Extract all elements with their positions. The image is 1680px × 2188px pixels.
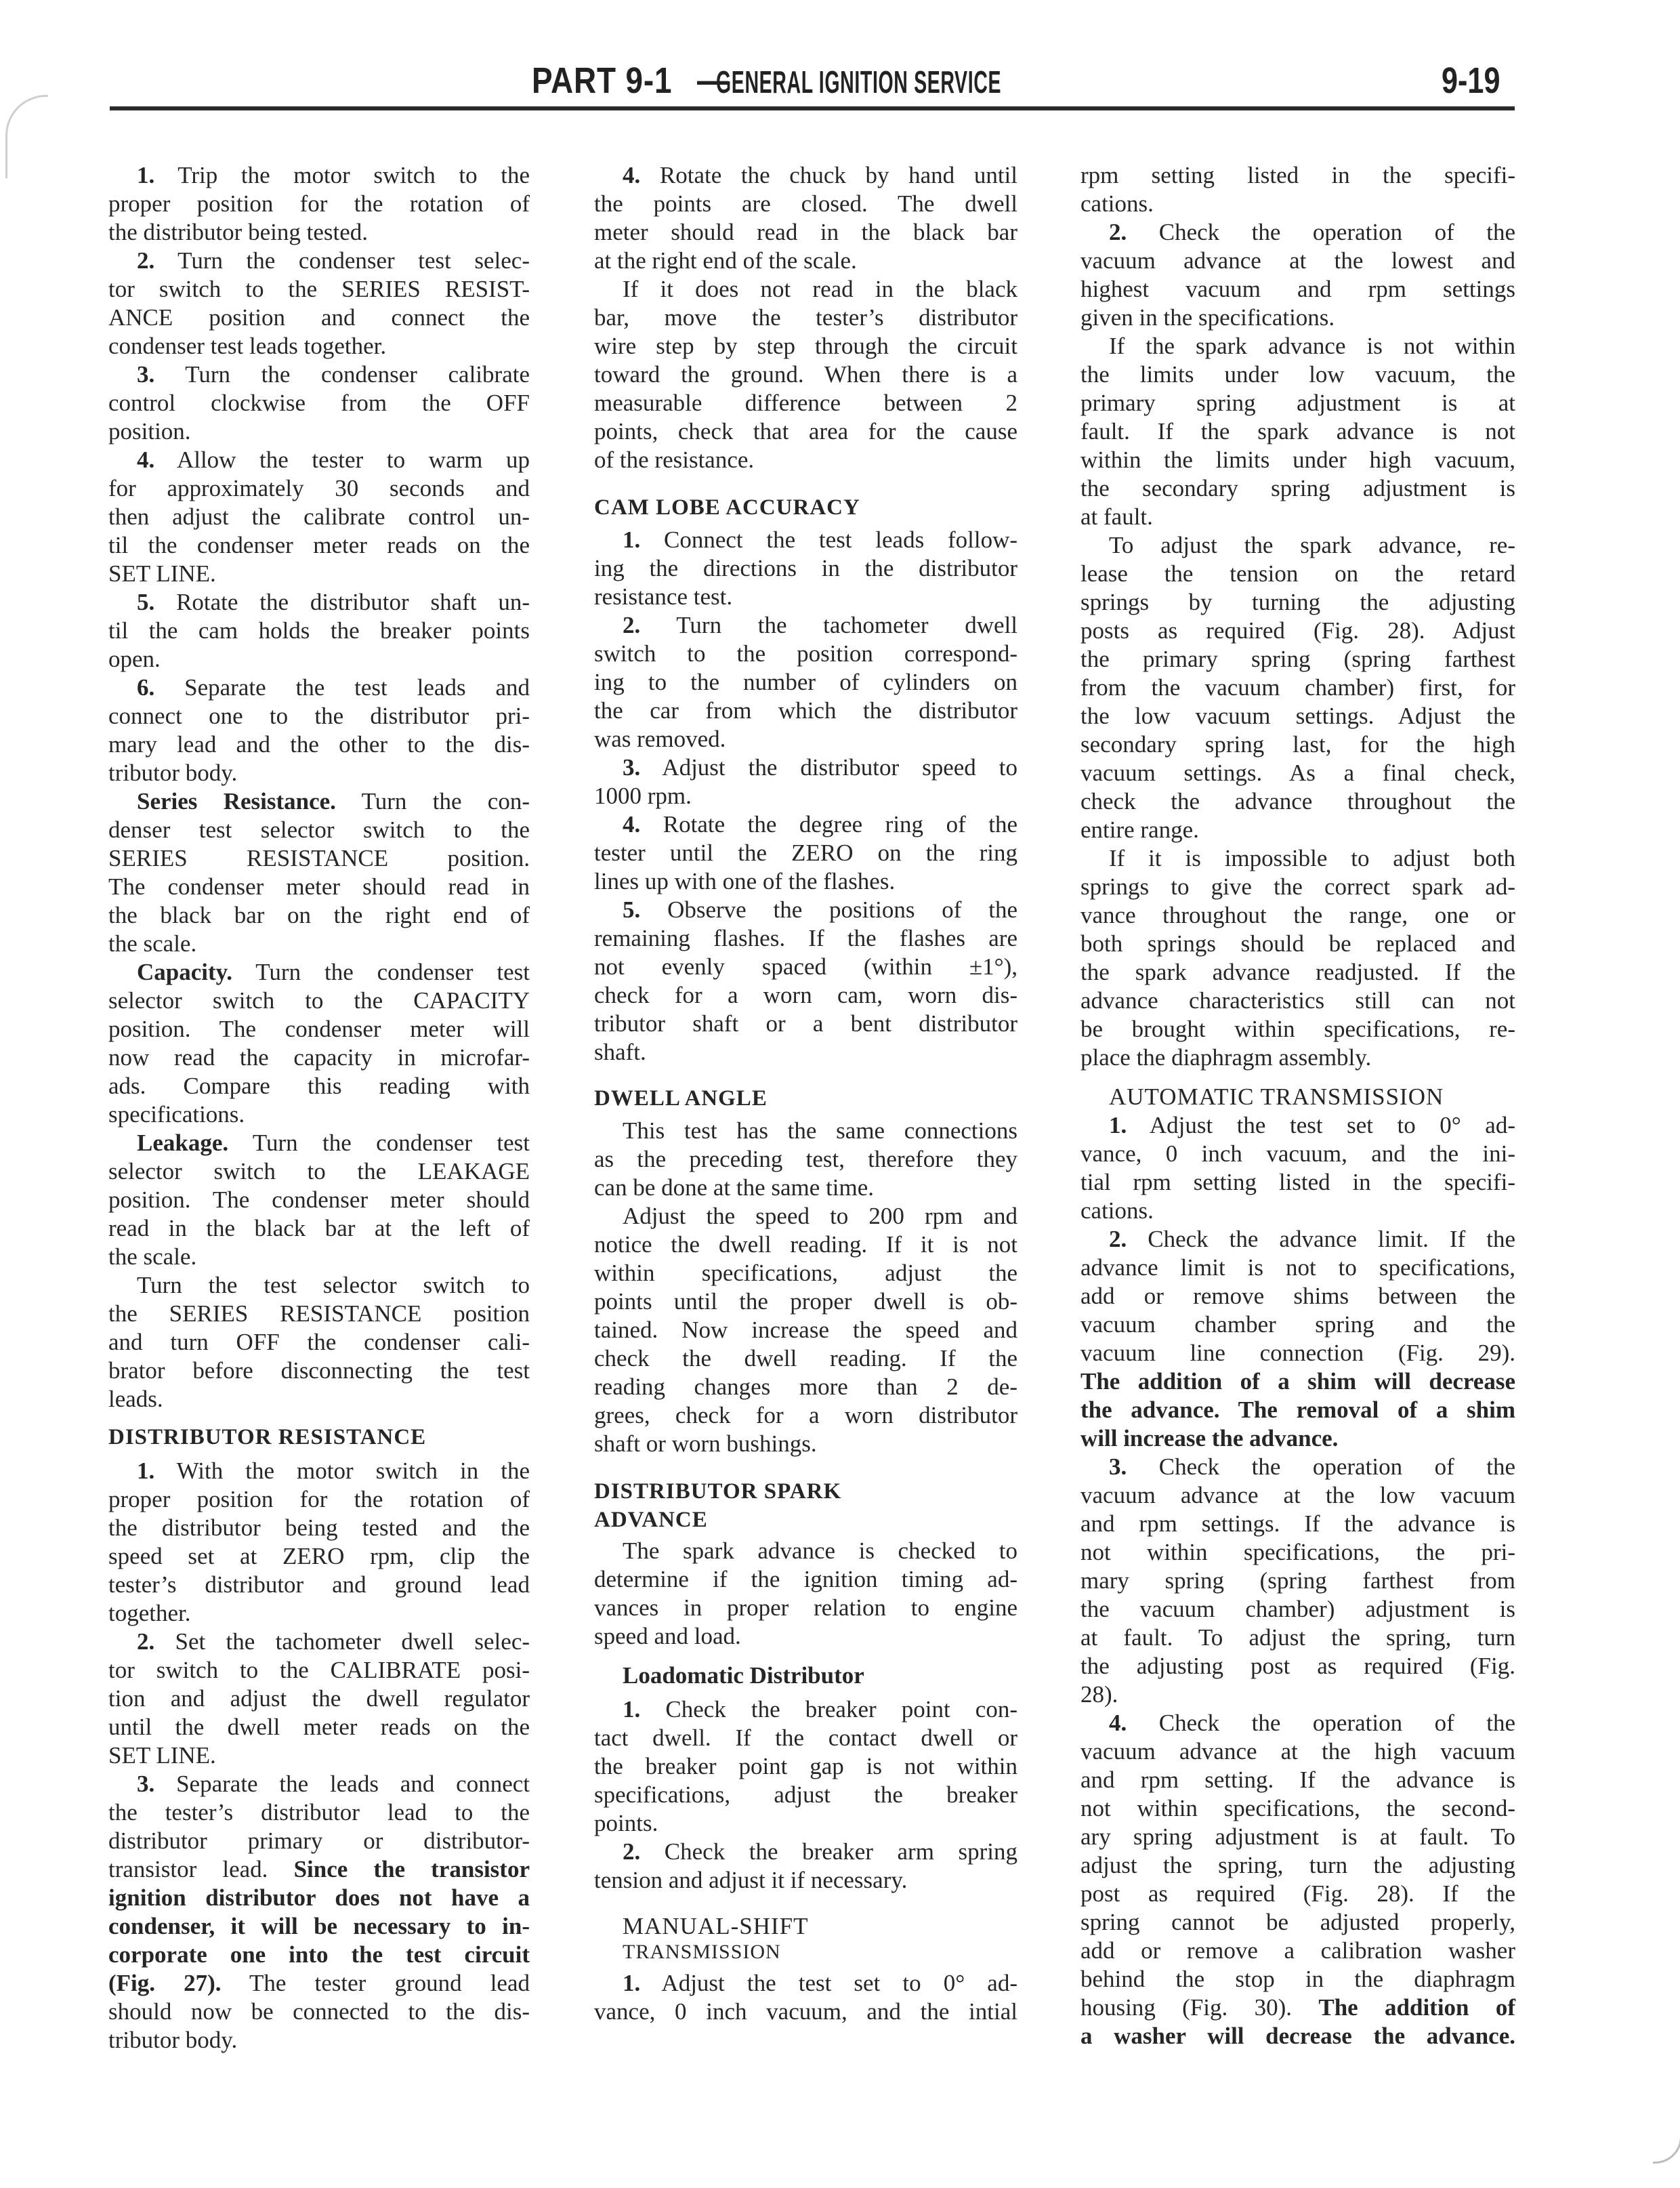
text-line: position.	[108, 417, 530, 446]
line-text: as the preceding test, therefore they	[594, 1146, 1017, 1172]
line-text: Turn the condenser test	[253, 1130, 530, 1156]
text-line: selector switch to the LEAKAGE	[108, 1157, 530, 1186]
line-text: ANCE position and connect the	[108, 304, 530, 331]
subsection-heading-text: Loadomatic Distributor	[623, 1662, 864, 1689]
text-line: within specifications, adjust the	[594, 1259, 1017, 1287]
text-line: the scale.	[108, 1243, 530, 1271]
text-line: tact dwell. If the contact dwell or	[594, 1724, 1017, 1752]
line-text: from the vacuum chamber) first, for	[1080, 674, 1515, 701]
line-text: check the advance throughout the	[1080, 788, 1515, 814]
text-line: lease the tension on the retard	[1080, 560, 1515, 588]
line-text: Adjust the test set to 0° ad-	[661, 1970, 1017, 1996]
text-line: and rpm setting. If the advance is	[1080, 1766, 1515, 1794]
line-text: tion and adjust the dwell regulator	[108, 1685, 530, 1712]
step-number: 5.	[137, 589, 154, 615]
emphasis-text: The addition of a shim will decrease	[1080, 1368, 1515, 1395]
text-line: for approximately 30 seconds and	[108, 474, 530, 503]
step-number: 1.	[137, 162, 154, 188]
text-line: 1. Adjust the test set to 0° ad-	[1080, 1111, 1515, 1140]
text-line: behind the stop in the diaphragm	[1080, 1965, 1515, 1994]
line-text: then adjust the calibrate control un-	[108, 503, 530, 530]
text-line: the advance. The removal of a shim	[1080, 1396, 1515, 1424]
section-heading: CAM LOBE ACCURACY	[594, 493, 1017, 522]
line-text: position.	[108, 418, 191, 445]
text-line: points.	[594, 1809, 1017, 1838]
text-line: not within specifications, the second-	[1080, 1794, 1515, 1823]
text-line: housing (Fig. 30). The addition of	[1080, 1994, 1515, 2022]
text-line: 2. Check the advance limit. If the	[1080, 1225, 1515, 1254]
text-line: tester until the ZERO on the ring	[594, 839, 1017, 867]
text-line: ing to the number of cylinders on	[594, 668, 1017, 697]
line-text: speed and load.	[594, 1623, 741, 1649]
line-text: the limits under low vacuum, the	[1080, 361, 1515, 388]
line-text: advance characteristics still can not	[1080, 987, 1515, 1014]
subsection-heading-text: AUTOMATIC TRANSMISSION	[1109, 1083, 1444, 1110]
line-text: control clockwise from the OFF	[108, 390, 530, 416]
text-line: (Fig. 27). The tester ground lead	[108, 1969, 530, 1998]
text-line: resistance test.	[594, 583, 1017, 611]
text-line: was removed.	[594, 725, 1017, 754]
text-line: a washer will decrease the advance.	[1080, 2022, 1515, 2050]
line-text: If it does not read in the black	[623, 276, 1017, 302]
text-line: remaining flashes. If the flashes are	[594, 924, 1017, 953]
line-text: specifications.	[108, 1101, 245, 1128]
step-number: 3.	[623, 754, 640, 781]
text-line: vacuum advance at the low vacuum	[1080, 1481, 1515, 1510]
part-label: PART 9-1	[532, 60, 672, 102]
line-text: Allow the tester to warm up	[177, 447, 530, 473]
line-text: tester’s distributor and ground lead	[108, 1571, 530, 1598]
subsection-heading: Loadomatic Distributor	[594, 1661, 1046, 1690]
text-line: speed set at ZERO rpm, clip the	[108, 1542, 530, 1571]
text-line: corporate one into the test circuit	[108, 1941, 530, 1969]
line-text: vance throughout the range, one or	[1080, 902, 1515, 928]
line-text: 28).	[1080, 1681, 1118, 1708]
text-line: 2. Set the tachometer dwell selec-	[108, 1628, 530, 1656]
line-text: brator before disconnecting the test	[108, 1357, 530, 1384]
text-line: fault. If the spark advance is not	[1080, 417, 1515, 446]
step-number: 4.	[623, 162, 640, 188]
text-line: 5. Rotate the distributor shaft un-	[108, 588, 530, 617]
text-line: springs to give the correct spark ad-	[1080, 873, 1515, 901]
line-text: of the resistance.	[594, 447, 754, 473]
line-text: tester until the ZERO on the ring	[594, 840, 1017, 866]
line-text: the adjusting post as required (Fig.	[1080, 1653, 1515, 1679]
text-line: 3. Turn the condenser calibrate	[108, 360, 530, 389]
text-line: bar, move the tester’s distributor	[594, 304, 1017, 332]
text-line: from the vacuum chamber) first, for	[1080, 674, 1515, 702]
text-line: the points are closed. The dwell	[594, 190, 1017, 218]
text-line: mary spring (spring farthest from	[1080, 1567, 1515, 1595]
text-line: condenser, it will be necessary to in-	[108, 1912, 530, 1941]
line-text: To adjust the spark advance, re-	[1109, 532, 1515, 558]
text-line: vacuum line connection (Fig. 29).	[1080, 1339, 1515, 1367]
line-text: Observe the positions of the	[667, 896, 1017, 923]
line-text: read in the black bar at the left of	[108, 1215, 530, 1241]
text-line: not evenly spaced (within ±1°),	[594, 953, 1017, 981]
line-text: Set the tachometer dwell selec-	[175, 1628, 530, 1655]
text-line: tributor shaft or a bent distributor	[594, 1010, 1017, 1038]
line-text: With the motor switch in the	[177, 1458, 530, 1484]
line-text: transistor lead.	[108, 1856, 268, 1882]
emphasis-text: a washer will decrease the advance.	[1080, 2023, 1515, 2049]
line-text: position. The condenser meter should	[108, 1186, 530, 1213]
line-text: the SERIES RESISTANCE position	[108, 1300, 530, 1327]
line-text: remaining flashes. If the flashes are	[594, 925, 1017, 951]
text-line: denser test selector switch to the	[108, 816, 530, 844]
text-line: check the dwell reading. If the	[594, 1344, 1017, 1373]
section-heading: DWELL ANGLE	[594, 1084, 1017, 1113]
text-line: 3. Separate the leads and connect	[108, 1770, 530, 1798]
line-text: til the condenser meter reads on the	[108, 532, 530, 558]
text-line: 4. Rotate the chuck by hand until	[594, 161, 1017, 190]
text-line: then adjust the calibrate control un-	[108, 503, 530, 531]
line-text: be brought within specifications, re-	[1080, 1016, 1515, 1042]
text-line: proper position for the rotation of	[108, 1485, 530, 1514]
text-line: 2. Turn the tachometer dwell	[594, 611, 1017, 640]
text-line: the distributor being tested and the	[108, 1514, 530, 1542]
line-text: If it is impossible to adjust both	[1109, 845, 1515, 871]
text-line: Series Resistance. Turn the con-	[108, 787, 530, 816]
text-line: tributor body.	[108, 2026, 530, 2055]
line-text: tained. Now increase the speed and	[594, 1317, 1017, 1343]
text-line: 28).	[1080, 1680, 1515, 1709]
line-text: springs to give the correct spark ad-	[1080, 873, 1515, 900]
line-text: secondary spring last, for the high	[1080, 731, 1515, 758]
text-line: the black bar on the right end of	[108, 901, 530, 930]
step-number: 6.	[137, 674, 154, 701]
line-text: tributor body.	[108, 2027, 237, 2053]
line-text: SET LINE.	[108, 560, 216, 587]
line-text: ing to the number of cylinders on	[594, 669, 1017, 695]
text-line: springs by turning the adjusting	[1080, 588, 1515, 617]
section-heading-text: ADVANCE	[594, 1508, 708, 1532]
line-text: vacuum advance at the low vacuum	[1080, 1482, 1515, 1508]
line-text: tributor shaft or a bent distributor	[594, 1010, 1017, 1037]
step-number: 2.	[623, 612, 640, 638]
text-line: 1. Trip the motor switch to the	[108, 161, 530, 190]
line-text: vance, 0 inch vacuum, and the ini-	[1080, 1140, 1515, 1167]
line-text: given in the specifications.	[1080, 304, 1335, 331]
line-text: not within specifications, the pri-	[1080, 1539, 1515, 1565]
page-number: 9-19	[1442, 60, 1500, 102]
text-line: primary spring adjustment is at	[1080, 389, 1515, 417]
line-text: spring cannot be adjusted properly,	[1080, 1909, 1515, 1935]
step-number: 3.	[1109, 1453, 1127, 1480]
line-text: Turn the con-	[362, 788, 530, 814]
line-text: mary spring (spring farthest from	[1080, 1567, 1515, 1594]
line-text: SET LINE.	[108, 1742, 216, 1769]
line-text: specifications, adjust the breaker	[594, 1781, 1017, 1808]
text-line: until the dwell meter reads on the	[108, 1713, 530, 1741]
text-line: tester’s distributor and ground lead	[108, 1571, 530, 1599]
line-text: vances in proper relation to engine	[594, 1594, 1017, 1621]
text-line: vance, 0 inch vacuum, and the ini-	[1080, 1140, 1515, 1168]
step-number: 2.	[623, 1838, 640, 1865]
text-line: within the limits under high vacuum,	[1080, 446, 1515, 474]
line-text: tributor body.	[108, 760, 237, 786]
line-text: the tester’s distributor lead to the	[108, 1799, 530, 1825]
text-line: mary lead and the other to the dis-	[108, 730, 530, 759]
line-text: grees, check for a worn distributor	[594, 1402, 1017, 1428]
line-text: vacuum advance at the high vacuum	[1080, 1738, 1515, 1764]
text-line: place the diaphragm assembly.	[1080, 1044, 1515, 1072]
line-text: Turn the condenser calibrate	[185, 361, 530, 388]
step-number: 1.	[623, 1696, 640, 1722]
text-line: specifications.	[108, 1100, 530, 1129]
line-text: determine if the ignition timing ad-	[594, 1566, 1017, 1592]
line-text: Connect the test leads follow-	[664, 527, 1017, 553]
text-line: If it is impossible to adjust both	[1080, 844, 1515, 873]
line-text: and rpm setting. If the advance is	[1080, 1767, 1515, 1793]
emphasis-text: The addition of	[1318, 1994, 1515, 2021]
text-line: 4. Check the operation of the	[1080, 1709, 1515, 1737]
line-text: should now be connected to the dis-	[108, 1998, 530, 2025]
text-line: switch to the position correspond-	[594, 640, 1017, 668]
line-text: notice the dwell reading. If it is not	[594, 1231, 1017, 1258]
text-line: control clockwise from the OFF	[108, 389, 530, 417]
line-text: denser test selector switch to the	[108, 817, 530, 843]
text-line: position. The condenser meter should	[108, 1186, 530, 1214]
line-text: leads.	[108, 1386, 163, 1412]
line-text: and turn OFF the condenser cali-	[108, 1329, 530, 1355]
line-text: reading changes more than 2 de-	[594, 1374, 1017, 1400]
text-line: vacuum settings. As a final check,	[1080, 759, 1515, 787]
text-line: adjust the spring, turn the adjusting	[1080, 1851, 1515, 1880]
line-text: selector switch to the CAPACITY	[108, 987, 530, 1014]
step-number: 1.	[1109, 1112, 1127, 1138]
line-text: adjust the spring, turn the adjusting	[1080, 1852, 1515, 1878]
line-text: connect one to the distributor pri-	[108, 703, 530, 729]
line-text: Turn the test selector switch to	[137, 1272, 530, 1298]
text-line: the primary spring (spring farthest	[1080, 645, 1515, 674]
text-line: check the advance throughout the	[1080, 787, 1515, 816]
line-text: place the diaphragm assembly.	[1080, 1044, 1371, 1071]
step-number: 1.	[137, 1458, 154, 1484]
line-text: within the limits under high vacuum,	[1080, 447, 1515, 473]
text-line: highest vacuum and rpm settings	[1080, 275, 1515, 304]
text-line: 1. Check the breaker point con-	[594, 1695, 1017, 1724]
section-heading-text: CAM LOBE ACCURACY	[594, 495, 860, 520]
line-text: ary spring adjustment is at fault. To	[1080, 1823, 1515, 1850]
line-text: ads. Compare this reading with	[108, 1073, 530, 1099]
line-text: meter should read in the black bar	[594, 219, 1017, 245]
line-text: the breaker point gap is not within	[594, 1753, 1017, 1779]
text-line: and rpm settings. If the advance is	[1080, 1510, 1515, 1538]
line-text: Separate the leads and connect	[176, 1771, 530, 1797]
text-line: meter should read in the black bar	[594, 218, 1017, 247]
text-line: the adjusting post as required (Fig.	[1080, 1652, 1515, 1680]
text-line: shaft.	[594, 1038, 1017, 1067]
text-line: the spark advance readjusted. If the	[1080, 958, 1515, 987]
line-text: can be done at the same time.	[594, 1174, 874, 1201]
text-line: vance, 0 inch vacuum, and the intial	[594, 1998, 1017, 2026]
line-text: Check the breaker point con-	[665, 1696, 1017, 1722]
text-line: SET LINE.	[108, 1741, 530, 1770]
text-line: ANCE position and connect the	[108, 304, 530, 332]
subsection-heading-text: TRANSMISSION	[623, 1941, 781, 1963]
text-line: 4. Rotate the degree ring of the	[594, 810, 1017, 839]
line-text: The tester ground lead	[249, 1970, 530, 1996]
line-text: and rpm settings. If the advance is	[1080, 1510, 1515, 1537]
line-text: add or remove shims between the	[1080, 1283, 1515, 1309]
text-line: can be done at the same time.	[594, 1174, 1017, 1202]
line-text: points.	[594, 1810, 658, 1836]
text-line: tial rpm setting listed in the specifi-	[1080, 1168, 1515, 1197]
text-line: reading changes more than 2 de-	[594, 1373, 1017, 1401]
line-text: points until the proper dwell is ob-	[594, 1288, 1017, 1315]
text-line: 3. Adjust the distributor speed to	[594, 754, 1017, 782]
emphasis-text: corporate one into the test circuit	[108, 1941, 530, 1968]
line-text: springs by turning the adjusting	[1080, 589, 1515, 615]
line-text: vacuum line connection (Fig. 29).	[1080, 1340, 1515, 1366]
line-text: wire step by step through the circuit	[594, 333, 1017, 359]
text-line: measurable difference between 2	[594, 389, 1017, 417]
line-text: the distributor being tested.	[108, 219, 368, 245]
line-text: mary lead and the other to the dis-	[108, 731, 530, 758]
text-line: rpm setting listed in the specifi-	[1080, 161, 1515, 190]
text-line: the breaker point gap is not within	[594, 1752, 1017, 1781]
text-line: To adjust the spark advance, re-	[1080, 531, 1515, 560]
text-line: vances in proper relation to engine	[594, 1594, 1017, 1622]
section-heading-text: DISTRIBUTOR SPARK	[594, 1479, 841, 1504]
line-text: condenser test leads together.	[108, 333, 386, 359]
run-in-heading: Leakage.	[137, 1130, 228, 1156]
line-text: together.	[108, 1600, 191, 1626]
line-text: Adjust the speed to 200 rpm and	[623, 1203, 1017, 1229]
text-line: post as required (Fig. 28). If the	[1080, 1880, 1515, 1908]
subsection-heading: TRANSMISSION	[594, 1938, 1046, 1966]
line-text: resistance test.	[594, 583, 732, 610]
text-line: the limits under low vacuum, the	[1080, 360, 1515, 389]
text-line: add or remove shims between the	[1080, 1282, 1515, 1310]
text-line: posts as required (Fig. 28). Adjust	[1080, 617, 1515, 645]
run-in-heading: Capacity.	[137, 959, 232, 985]
line-text: vacuum advance at the lowest and	[1080, 247, 1515, 274]
text-line: of the resistance.	[594, 446, 1017, 474]
text-line: If it does not read in the black	[594, 275, 1017, 304]
line-text: housing (Fig. 30).	[1080, 1994, 1292, 2021]
text-line: If the spark advance is not within	[1080, 332, 1515, 360]
line-text: If the spark advance is not within	[1109, 333, 1515, 359]
text-line: advance limit is not to specifications,	[1080, 1254, 1515, 1282]
line-text: switch to the position correspond-	[594, 640, 1017, 667]
text-line: the scale.	[108, 930, 530, 958]
step-number: 1.	[623, 1970, 640, 1996]
line-text: shaft or worn bushings.	[594, 1430, 817, 1457]
text-line: entire range.	[1080, 816, 1515, 844]
line-text: entire range.	[1080, 817, 1199, 843]
text-line: the vacuum chamber) adjustment is	[1080, 1595, 1515, 1624]
line-text: vacuum chamber spring and the	[1080, 1311, 1515, 1338]
line-text: distributor primary or distributor-	[108, 1828, 530, 1854]
line-text: at fault.	[1080, 503, 1153, 530]
line-text: at the right end of the scale.	[594, 247, 857, 274]
step-number: 3.	[137, 361, 154, 388]
line-text: at fault. To adjust the spring, turn	[1080, 1624, 1515, 1651]
page-header: PART 9-1— GENERAL IGNITION SERVICE 9-19	[0, 60, 1680, 107]
section-heading: DISTRIBUTOR RESISTANCE	[108, 1423, 530, 1451]
text-line: The spark advance is checked to	[594, 1537, 1017, 1565]
line-text: not evenly spaced (within ±1°),	[594, 953, 1017, 980]
line-text: highest vacuum and rpm settings	[1080, 276, 1515, 302]
subsection-heading: MANUAL-SHIFT	[594, 1912, 1046, 1941]
line-text: Trip the motor switch to the	[177, 162, 530, 188]
text-line: tor switch to the SERIES RESIST-	[108, 275, 530, 304]
line-text: posts as required (Fig. 28). Adjust	[1080, 617, 1515, 644]
text-line: be brought within specifications, re-	[1080, 1015, 1515, 1044]
step-number: 5.	[623, 896, 640, 923]
text-line: 2. Check the operation of the	[1080, 218, 1515, 247]
text-line: 2. Turn the condenser test selec-	[108, 247, 530, 275]
text-line: ing the directions in the distributor	[594, 554, 1017, 583]
emphasis-text: will increase the advance.	[1080, 1425, 1338, 1451]
text-line: Capacity. Turn the condenser test	[108, 958, 530, 987]
line-text: ing the directions in the distributor	[594, 555, 1017, 581]
line-text: The spark advance is checked to	[623, 1537, 1017, 1564]
line-text: Turn the condenser test selec-	[177, 247, 530, 274]
line-text: Rotate the chuck by hand until	[660, 162, 1017, 188]
text-line: wire step by step through the circuit	[594, 332, 1017, 360]
line-text: Check the operation of the	[1159, 1453, 1515, 1480]
line-text: tact dwell. If the contact dwell or	[594, 1725, 1017, 1751]
text-line: til the cam holds the breaker points	[108, 617, 530, 645]
text-line: together.	[108, 1599, 530, 1628]
text-line: transistor lead. Since the transistor	[108, 1855, 530, 1884]
text-line: 4. Allow the tester to warm up	[108, 446, 530, 474]
text-line: vacuum advance at the high vacuum	[1080, 1737, 1515, 1766]
line-text: Turn the condenser test	[255, 959, 530, 985]
text-line: leads.	[108, 1385, 530, 1413]
line-text: position. The condenser meter will	[108, 1016, 530, 1042]
line-text: This test has the same connections	[623, 1117, 1017, 1144]
subsection-heading: AUTOMATIC TRANSMISSION	[1080, 1083, 1544, 1111]
line-text: post as required (Fig. 28). If the	[1080, 1880, 1515, 1907]
line-text: behind the stop in the diaphragm	[1080, 1966, 1515, 1992]
text-line: 1. With the motor switch in the	[108, 1457, 530, 1485]
text-line: ignition distributor does not have a	[108, 1884, 530, 1912]
text-line: til the condenser meter reads on the	[108, 531, 530, 560]
page-corner-mark	[1653, 2094, 1680, 2164]
line-text: proper position for the rotation of	[108, 1486, 530, 1512]
text-line: will increase the advance.	[1080, 1424, 1515, 1453]
text-line: the secondary spring adjustment is	[1080, 474, 1515, 503]
line-text: Separate the test leads and	[184, 674, 530, 701]
header-rule	[110, 106, 1515, 110]
text-line: open.	[108, 645, 530, 674]
line-text: Adjust the distributor speed to	[662, 754, 1017, 781]
line-text: cations.	[1080, 190, 1154, 217]
text-line: speed and load.	[594, 1622, 1017, 1651]
line-text: tension and adjust it if necessary.	[594, 1867, 907, 1893]
step-number: 4.	[1109, 1710, 1127, 1736]
step-number: 2.	[137, 247, 154, 274]
line-text: Adjust the test set to 0° ad-	[1150, 1112, 1515, 1138]
text-line: grees, check for a worn distributor	[594, 1401, 1017, 1430]
line-text: tor switch to the CALIBRATE posi-	[108, 1657, 530, 1683]
line-text: not within specifications, the second-	[1080, 1795, 1515, 1821]
text-line: ads. Compare this reading with	[108, 1072, 530, 1100]
line-text: primary spring adjustment is at	[1080, 390, 1515, 416]
text-line: shaft or worn bushings.	[594, 1430, 1017, 1458]
line-text: the vacuum chamber) adjustment is	[1080, 1596, 1515, 1622]
text-line: SET LINE.	[108, 560, 530, 588]
text-line: the low vacuum settings. Adjust the	[1080, 702, 1515, 730]
text-line: vance throughout the range, one or	[1080, 901, 1515, 930]
line-text: proper position for the rotation of	[108, 190, 530, 217]
step-number: 2.	[137, 1628, 154, 1655]
text-line: The addition of a shim will decrease	[1080, 1367, 1515, 1396]
